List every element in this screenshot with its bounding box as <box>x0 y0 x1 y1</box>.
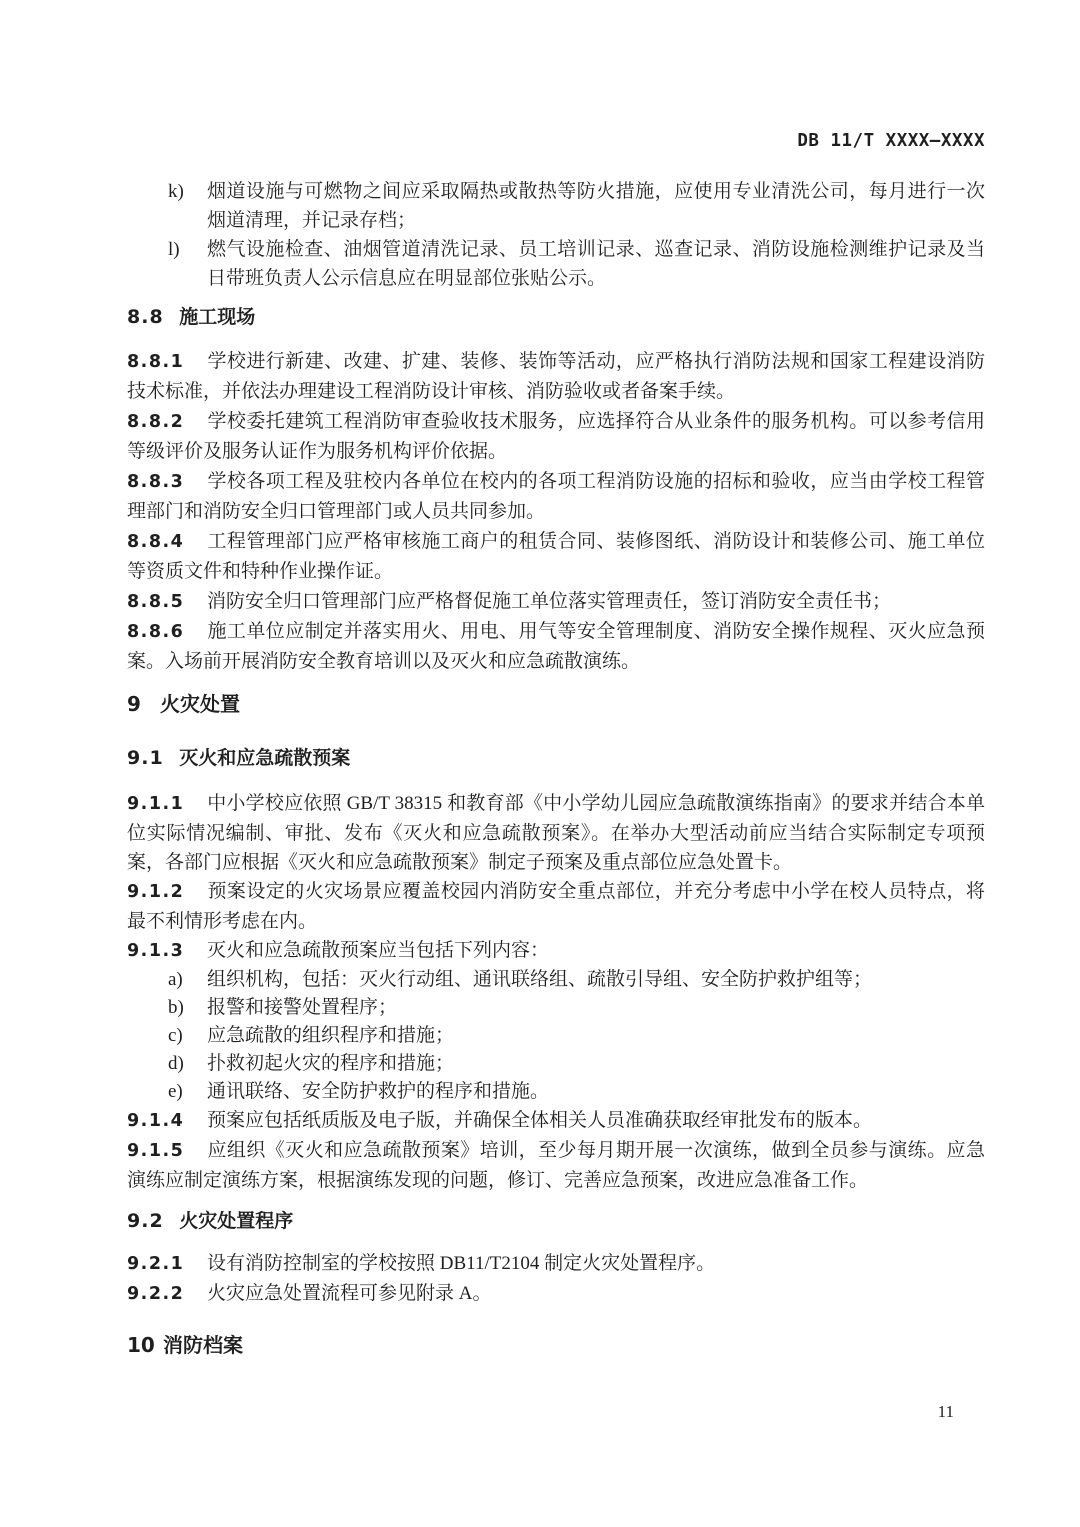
clause-number: 8.8.3 <box>127 467 207 497</box>
clause-8-8-6: 8.8.6施工单位应制定并落实用火、用电、用气等安全管理制度、消防安全操作规程、… <box>127 617 985 677</box>
item-marker: e) <box>168 1078 183 1106</box>
clause-number: 9.1.5 <box>127 1137 207 1166</box>
list-item: k) 烟道设施与可燃物之间应采取隔热或散热等防火措施，应使用专业清洗公司，每月进… <box>127 177 985 235</box>
clause-8-8-2: 8.8.2学校委托建筑工程消防审查验收技术服务，应选择符合从业条件的服务机构。可… <box>127 407 985 467</box>
page-header: DB 11/T XXXX—XXXX <box>127 131 985 153</box>
item-text: 应急疏散的组织程序和措施； <box>207 1025 454 1046</box>
chapter-title: 消防档案 <box>163 1333 243 1357</box>
clause-9-1-2: 9.1.2预案设定的火灾场景应覆盖校园内消防安全重点部位，并充分考虑中小学在校人… <box>127 877 985 936</box>
section-9-1-clauses-a: 9.1.1中小学校应依照 GB/T 38315 和教育部《中小学幼儿园应急疏散演… <box>127 789 985 966</box>
clause-text: 学校各项工程及驻校内各单位在校内的各项工程消防设施的招标和验收，应当由学校工程管… <box>127 471 985 522</box>
clause-text: 应组织《灭火和应急疏散预案》培训，至少每月期开展一次演练，做到全员参与演练。应急… <box>127 1140 985 1191</box>
clause-text: 火灾应急处置流程可参见附录 A。 <box>207 1283 491 1304</box>
section-heading-8-8: 8.8 施工现场 <box>127 306 985 328</box>
item-marker: a) <box>168 966 183 994</box>
item-marker: c) <box>168 1022 183 1050</box>
clause-9-1-1: 9.1.1中小学校应依照 GB/T 38315 和教育部《中小学幼儿园应急疏散演… <box>127 789 985 877</box>
section-heading-9-1: 9.1 灭火和应急疏散预案 <box>127 747 985 769</box>
clause-text: 预案设定的火灾场景应覆盖校园内消防安全重点部位，并充分考虑中小学在校人员特点，将… <box>127 881 985 932</box>
clause-9-2-1: 9.2.1设有消防控制室的学校按照 DB11/T2104 制定火灾处置程序。 <box>127 1249 985 1279</box>
clause-9-1-5: 9.1.5应组织《灭火和应急疏散预案》培训，至少每月期开展一次演练，做到全员参与… <box>127 1136 985 1195</box>
clause-text: 中小学校应依照 GB/T 38315 和教育部《中小学幼儿园应急疏散演练指南》的… <box>127 793 985 873</box>
clause-text: 工程管理部门应严格审核施工商户的租赁合同、装修图纸、消防设计和装修公司、施工单位… <box>127 531 985 582</box>
chapter-heading-9: 9火灾处置 <box>127 692 985 716</box>
clause-9-1-3-items: a) 组织机构，包括：灭火行动组、通讯联络组、疏散引导组、安全防护救护组等； b… <box>127 966 985 1106</box>
intro-list: k) 烟道设施与可燃物之间应采取隔热或散热等防火措施，应使用专业清洗公司，每月进… <box>127 177 985 293</box>
clause-text: 施工单位应制定并落实用火、用电、用气等安全管理制度、消防安全操作规程、灭火应急预… <box>127 621 985 672</box>
document-page: DB 11/T XXXX—XXXX k) 烟道设施与可燃物之间应采取隔热或散热等… <box>0 0 1080 1527</box>
clause-number: 9.2.1 <box>127 1250 207 1279</box>
section-title: 灭火和应急疏散预案 <box>179 747 350 769</box>
clause-number: 8.8.1 <box>127 347 207 377</box>
item-text: 组织机构，包括：灭火行动组、通讯联络组、疏散引导组、安全防护救护组等； <box>207 969 872 990</box>
item-text: 烟道设施与可燃物之间应采取隔热或散热等防火措施，应使用专业清洗公司，每月进行一次… <box>207 181 985 231</box>
clause-number: 9.1.1 <box>127 790 207 819</box>
list-item: e) 通讯联络、安全防护救护的程序和措施。 <box>127 1078 985 1106</box>
section-number: 9.2 <box>127 1210 164 1232</box>
clause-text: 设有消防控制室的学校按照 DB11/T2104 制定火灾处置程序。 <box>207 1253 715 1274</box>
clause-text: 消防安全归口管理部门应严格督促施工单位落实管理责任，签订消防安全责任书； <box>207 591 891 612</box>
section-9-1-clauses-b: 9.1.4预案应包括纸质版及电子版，并确保全体相关人员准确获取经审批发布的版本。… <box>127 1106 985 1195</box>
section-title: 施工现场 <box>179 306 255 328</box>
item-text: 报警和接警处置程序； <box>207 997 397 1018</box>
chapter-number: 9 <box>127 692 160 716</box>
clause-text: 学校委托建筑工程消防审查验收技术服务，应选择符合从业条件的服务机构。可以参考信用… <box>127 411 985 462</box>
section-9-2-clauses: 9.2.1设有消防控制室的学校按照 DB11/T2104 制定火灾处置程序。 9… <box>127 1249 985 1309</box>
item-marker: l) <box>168 235 180 264</box>
clause-number: 8.8.4 <box>127 527 207 557</box>
item-text: 燃气设施检查、油烟管道清洗记录、员工培训记录、巡查记录、消防设施检测维护记录及当… <box>207 239 985 289</box>
section-title: 火灾处置程序 <box>179 1210 293 1232</box>
list-item: a) 组织机构，包括：灭火行动组、通讯联络组、疏散引导组、安全防护救护组等； <box>127 966 985 994</box>
clause-9-1-3: 9.1.3灭火和应急疏散预案应当包括下列内容： <box>127 936 985 966</box>
clause-8-8-1: 8.8.1学校进行新建、改建、扩建、装修、装饰等活动，应严格执行消防法规和国家工… <box>127 347 985 407</box>
clause-8-8-3: 8.8.3学校各项工程及驻校内各单位在校内的各项工程消防设施的招标和验收，应当由… <box>127 467 985 527</box>
item-text: 扑救初起火灾的程序和措施； <box>207 1053 454 1074</box>
section-number: 8.8 <box>127 306 164 328</box>
item-text: 通讯联络、安全防护救护的程序和措施。 <box>207 1081 549 1102</box>
clause-text: 预案应包括纸质版及电子版，并确保全体相关人员准确获取经审批发布的版本。 <box>207 1110 872 1131</box>
clause-number: 9.1.2 <box>127 878 207 907</box>
item-marker: d) <box>168 1050 184 1078</box>
item-marker: b) <box>168 994 184 1022</box>
clause-8-8-4: 8.8.4工程管理部门应严格审核施工商户的租赁合同、装修图纸、消防设计和装修公司… <box>127 527 985 587</box>
clause-number: 9.2.2 <box>127 1280 207 1309</box>
clause-text: 灭火和应急疏散预案应当包括下列内容： <box>207 940 549 961</box>
clause-number: 9.1.3 <box>127 937 207 966</box>
item-marker: k) <box>168 177 184 206</box>
clause-9-2-2: 9.2.2火灾应急处置流程可参见附录 A。 <box>127 1279 985 1309</box>
clause-number: 8.8.2 <box>127 407 207 437</box>
list-item: l) 燃气设施检查、油烟管道清洗记录、员工培训记录、巡查记录、消防设施检测维护记… <box>127 235 985 293</box>
clause-text: 学校进行新建、改建、扩建、装修、装饰等活动，应严格执行消防法规和国家工程建设消防… <box>127 351 985 402</box>
clause-8-8-5: 8.8.5消防安全归口管理部门应严格督促施工单位落实管理责任，签订消防安全责任书… <box>127 587 985 617</box>
chapter-number: 10 <box>127 1333 163 1357</box>
section-heading-9-2: 9.2 火灾处置程序 <box>127 1210 985 1232</box>
section-8-8-clauses: 8.8.1学校进行新建、改建、扩建、装修、装饰等活动，应严格执行消防法规和国家工… <box>127 347 985 677</box>
list-item: d) 扑救初起火灾的程序和措施； <box>127 1050 985 1078</box>
clause-9-1-4: 9.1.4预案应包括纸质版及电子版，并确保全体相关人员准确获取经审批发布的版本。 <box>127 1106 985 1136</box>
list-item: b) 报警和接警处置程序； <box>127 994 985 1022</box>
standard-code: DB 11/T XXXX—XXXX <box>797 131 985 151</box>
clause-number: 8.8.6 <box>127 617 207 647</box>
section-number: 9.1 <box>127 747 164 769</box>
chapter-title: 火灾处置 <box>160 692 240 716</box>
list-item: c) 应急疏散的组织程序和措施； <box>127 1022 985 1050</box>
clause-number: 9.1.4 <box>127 1107 207 1136</box>
chapter-heading-10: 10消防档案 <box>127 1333 985 1357</box>
page-number: 11 <box>938 1402 954 1422</box>
clause-number: 8.8.5 <box>127 587 207 617</box>
